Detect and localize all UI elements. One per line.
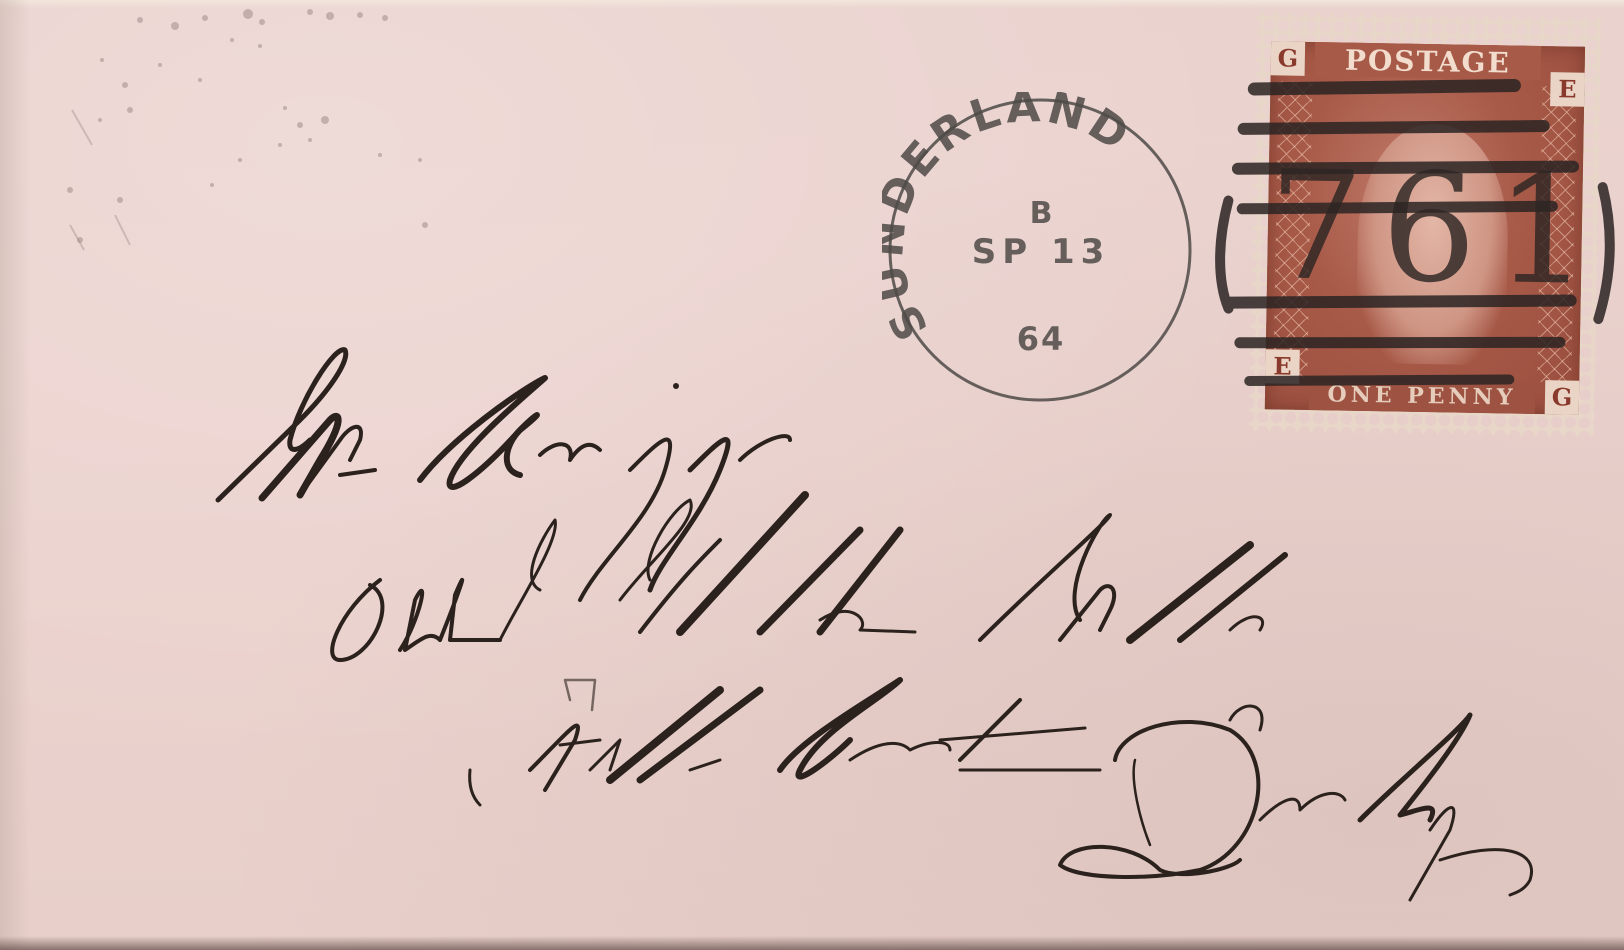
- address-line-2: Old Silk Mills: [320, 580, 327, 581]
- address-line-2-strokes: [332, 495, 1285, 660]
- envelope: SUNDERLAND B SP 13 64 POSTAGE ONE PENNY …: [0, 0, 1624, 950]
- address-line-1: Mr Briggs: [220, 420, 225, 421]
- address-line-4: Derby: [1060, 820, 1063, 821]
- address-line-3: Full Street: [470, 720, 475, 721]
- address-line-3-strokes: [470, 680, 1100, 805]
- handwritten-address: [0, 0, 1624, 950]
- address-line-1-strokes: [218, 350, 790, 600]
- address-line-4-strokes: [1060, 706, 1532, 900]
